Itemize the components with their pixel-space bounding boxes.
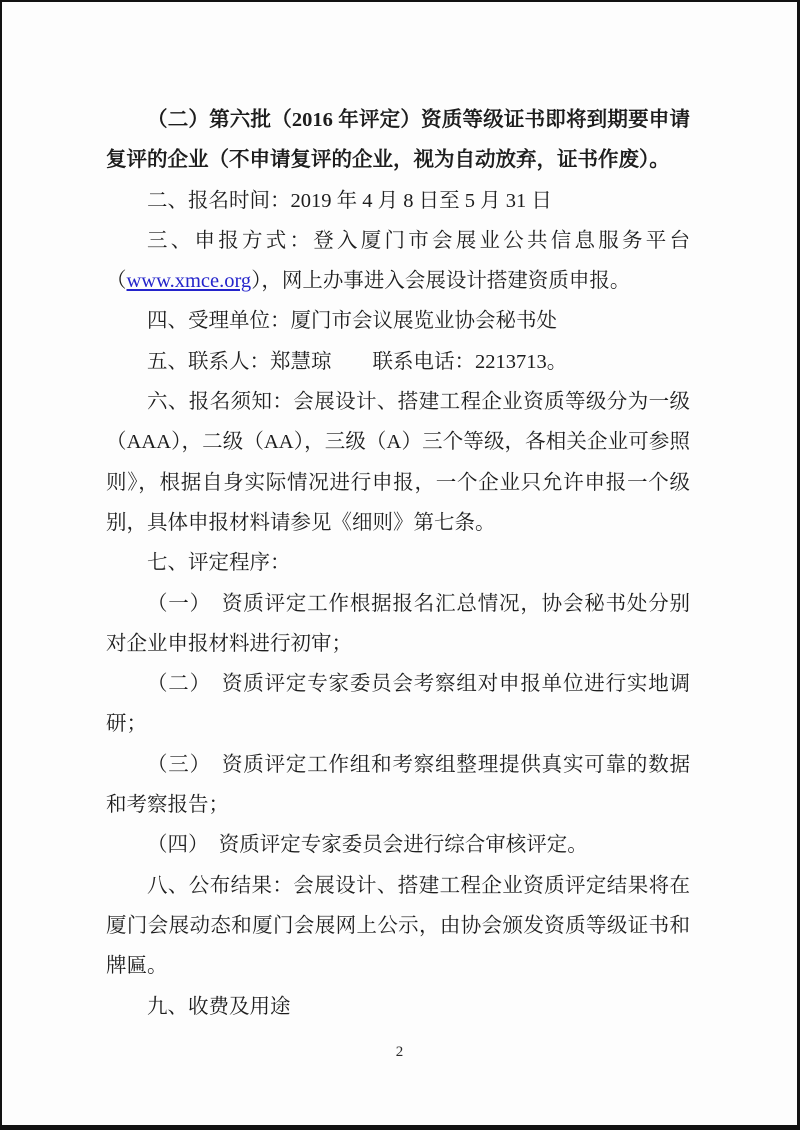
doc-line-results-1: 八、公布结果：会展设计、搭建工程企业资质评定结果将在 bbox=[106, 866, 690, 906]
doc-line-procedure-4: （四） 资质评定专家委员会进行综合审核评定。 bbox=[106, 825, 690, 865]
doc-line-contact: 五、联系人：郑慧琼 联系电话：2213713。 bbox=[106, 342, 690, 382]
doc-line-notice-4: 别，具体申报材料请参见《细则》第七条。 bbox=[106, 503, 690, 543]
link-line-pre: （ bbox=[106, 270, 127, 292]
doc-line-procedure-1b: 对企业申报材料进行初审； bbox=[106, 624, 690, 664]
doc-line-accepting-unit: 四、受理单位：厦门市会议展览业协会秘书处 bbox=[106, 301, 690, 341]
doc-line-procedure-2a: （二） 资质评定专家委员会考察组对申报单位进行实地调 bbox=[106, 664, 690, 704]
doc-line-signup-time: 二、报名时间：2019 年 4 月 8 日至 5 月 31 日 bbox=[106, 181, 690, 221]
doc-line-apply-method: 三、申报方式：登入厦门市会展业公共信息服务平台 bbox=[106, 221, 690, 261]
doc-line-results-3: 牌匾。 bbox=[106, 946, 690, 986]
doc-line-procedure-3b: 和考察报告； bbox=[106, 785, 690, 825]
doc-line-notice-3: 则》，根据自身实际情况进行申报，一个企业只允许申报一个级 bbox=[106, 463, 690, 503]
bold-notice-line-2: 复评的企业（不申请复评的企业，视为自动放弃，证书作废）。 bbox=[106, 140, 690, 180]
xmce-link[interactable]: www.xmce.org bbox=[127, 270, 252, 292]
doc-line-notice-2: （AAA），二级（AA），三级（A）三个等级，各相关企业可参照《细 bbox=[106, 422, 690, 462]
doc-line-notice-1: 六、报名须知：会展设计、搭建工程企业资质等级分为一级 bbox=[106, 382, 690, 422]
page-number: 2 bbox=[2, 1043, 797, 1061]
doc-line-procedure-2b: 研； bbox=[106, 704, 690, 744]
doc-line-results-2: 厦门会展动态和厦门会展网上公示，由协会颁发资质等级证书和 bbox=[106, 906, 690, 946]
bold-notice-line-1: （二）第六批（2016 年评定）资质等级证书即将到期要申请 bbox=[106, 100, 690, 140]
doc-line-fees-heading: 九、收费及用途 bbox=[106, 987, 690, 1027]
doc-line-procedure-heading: 七、评定程序： bbox=[106, 543, 690, 583]
document-page: （二）第六批（2016 年评定）资质等级证书即将到期要申请 复评的企业（不申请复… bbox=[0, 0, 800, 1130]
document-body: （二）第六批（2016 年评定）资质等级证书即将到期要申请 复评的企业（不申请复… bbox=[106, 100, 690, 1027]
doc-line-link: （www.xmce.org），网上办事进入会展设计搭建资质申报。 bbox=[106, 261, 690, 301]
link-line-post: ），网上办事进入会展设计搭建资质申报。 bbox=[251, 270, 630, 292]
doc-line-procedure-3a: （三） 资质评定工作组和考察组整理提供真实可靠的数据 bbox=[106, 745, 690, 785]
doc-line-procedure-1a: （一） 资质评定工作根据报名汇总情况，协会秘书处分别 bbox=[106, 584, 690, 624]
